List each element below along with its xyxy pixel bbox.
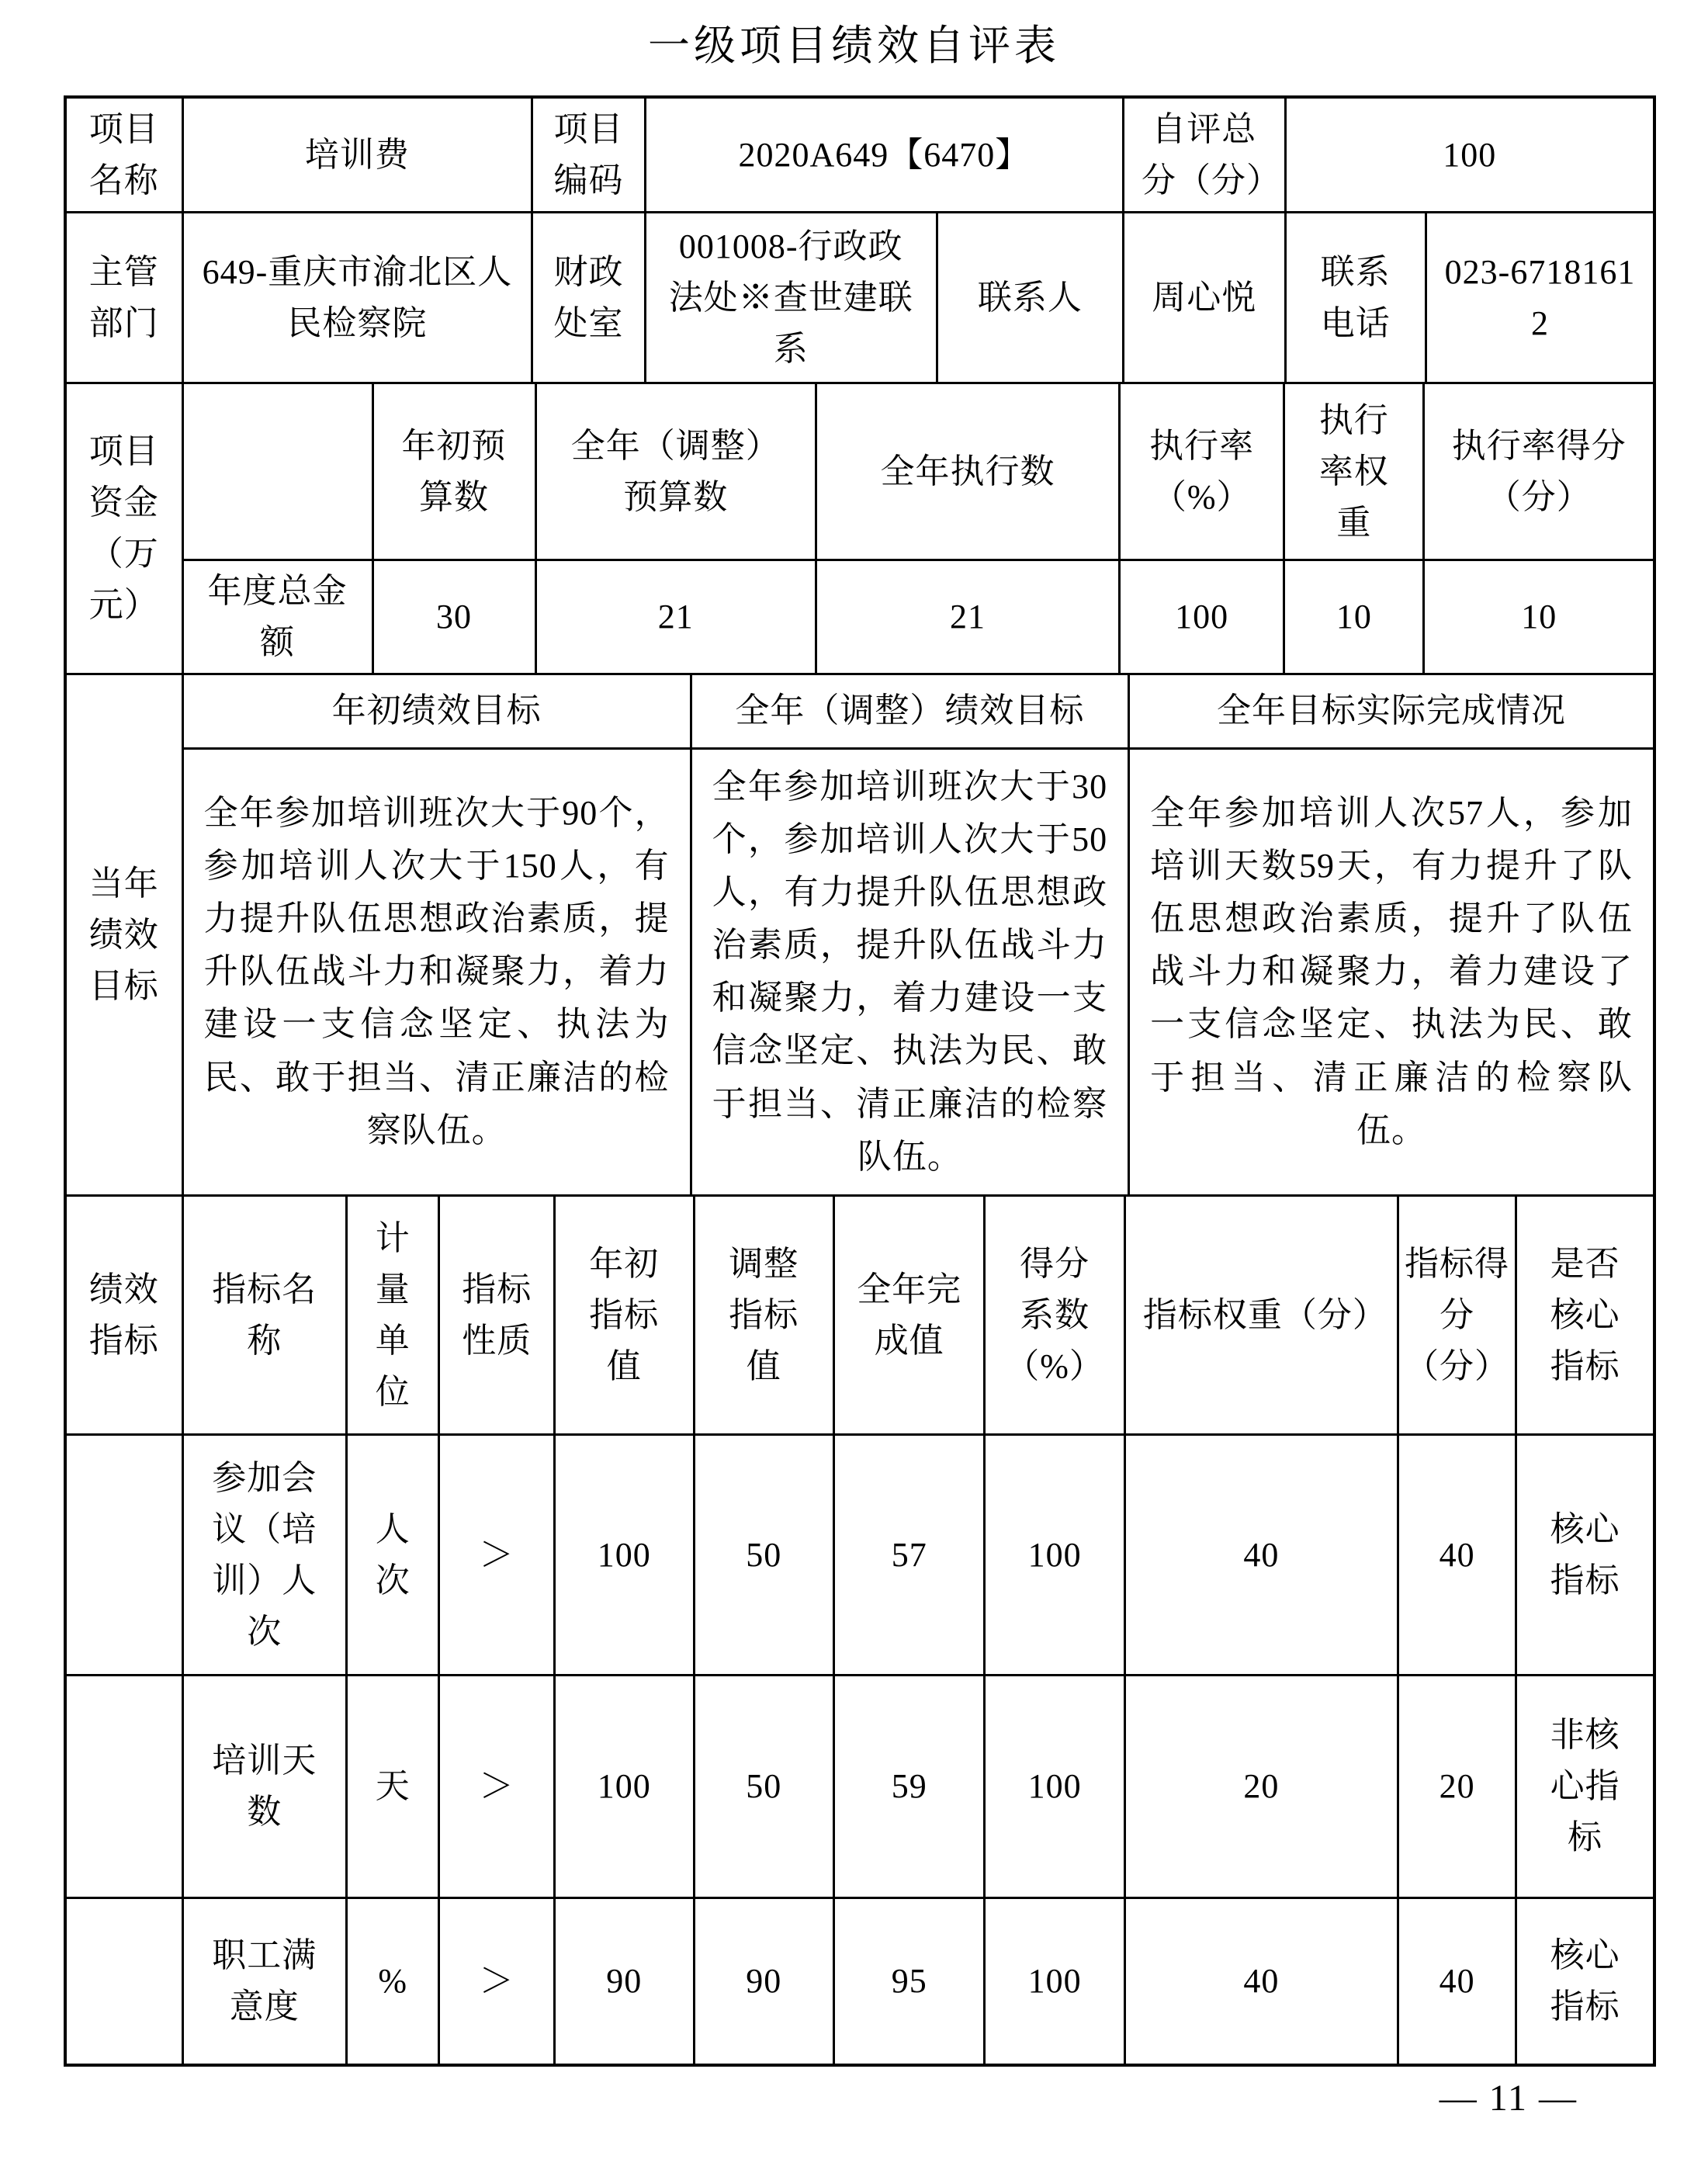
goal-initial-header: 年初绩效目标 xyxy=(184,675,690,747)
indicator-initial: 90 xyxy=(553,1899,692,2064)
indicator-score: 40 xyxy=(1397,1436,1515,1674)
execution-weight-value: 10 xyxy=(1283,561,1422,673)
indicator-initial: 100 xyxy=(553,1676,692,1897)
indicator-unit: % xyxy=(345,1899,438,2064)
indicator-completed: 59 xyxy=(833,1676,983,1897)
goals-label: 当年绩效目标 xyxy=(67,675,182,1194)
execution-rate-value: 100 xyxy=(1118,561,1283,673)
contact-value: 周心悦 xyxy=(1122,213,1284,382)
phone-label: 联系电话 xyxy=(1284,213,1426,382)
funds-value-row: 年度总金额 30 21 21 100 10 10 xyxy=(184,559,1653,673)
indicator-initial: 100 xyxy=(553,1436,692,1674)
annual-total-label: 年度总金额 xyxy=(184,561,372,673)
goals-header-row: 年初绩效目标 全年（调整）绩效目标 全年目标实际完成情况 xyxy=(184,675,1653,747)
execution-rate-header: 执行率（%） xyxy=(1118,384,1283,559)
execution-score-header: 执行率得分（分） xyxy=(1422,384,1653,559)
finance-office-label: 财政处室 xyxy=(531,213,644,382)
project-code-value: 2020A649【6470】 xyxy=(644,99,1122,211)
indicator-core: 核心指标 xyxy=(1515,1899,1653,2064)
indicator-nature: ＞ xyxy=(438,1676,553,1897)
contact-label: 联系人 xyxy=(936,213,1122,382)
indicator-completed: 95 xyxy=(833,1899,983,2064)
indicator-weight: 20 xyxy=(1124,1676,1397,1897)
project-name-value: 培训费 xyxy=(182,99,532,211)
page-title: 一级项目绩效自评表 xyxy=(0,12,1708,72)
funds-grid: 年初预算数 全年（调整）预算数 全年执行数 执行率（%） 执行率权重 执行率得分… xyxy=(182,384,1653,673)
indicator-score-header: 指标得分（分） xyxy=(1397,1197,1515,1433)
indicator-name: 参加会议（培训）人次 xyxy=(182,1436,345,1674)
phone-value: 023-67181612 xyxy=(1425,213,1653,382)
indicator-row-blank xyxy=(67,1899,182,2064)
nature-header: 指标性质 xyxy=(438,1197,553,1433)
indicator-row: 职工满意度 % ＞ 90 90 95 100 40 40 核心指标 xyxy=(67,1897,1653,2064)
indicator-adjusted: 50 xyxy=(693,1676,833,1897)
indicator-completed: 57 xyxy=(833,1436,983,1674)
indicator-name: 培训天数 xyxy=(182,1676,345,1897)
indicator-nature: ＞ xyxy=(438,1436,553,1674)
indicator-row: 培训天数 天 ＞ 100 50 59 100 20 20 非核心指标 xyxy=(67,1674,1653,1897)
department-row: 主管部门 649-重庆市渝北区人民检察院 财政处室 001008-行政政法处※查… xyxy=(67,211,1653,382)
executed-amount-value: 21 xyxy=(815,561,1118,673)
indicator-weight: 40 xyxy=(1124,1899,1397,2064)
indicator-unit: 人次 xyxy=(345,1436,438,1674)
indicator-row: 参加会议（培训）人次 人次 ＞ 100 50 57 100 40 40 核心指标 xyxy=(67,1433,1653,1674)
indicator-coefficient: 100 xyxy=(983,1436,1123,1674)
indicator-weight: 40 xyxy=(1124,1436,1397,1674)
adjusted-value-header: 调整指标值 xyxy=(693,1197,833,1433)
indicator-name: 职工满意度 xyxy=(182,1899,345,2064)
budget-adjusted-value: 21 xyxy=(535,561,815,673)
indicator-weight-header: 指标权重（分） xyxy=(1124,1197,1397,1433)
funds-label: 项目资金（万元） xyxy=(67,384,182,673)
project-name-label: 项目名称 xyxy=(67,99,182,211)
goals-body-row: 全年参加培训班次大于90个，参加培训人次大于150人，有力提升队伍思想政治素质，… xyxy=(184,747,1653,1195)
score-coefficient-header: 得分系数（%） xyxy=(983,1197,1123,1433)
indicator-score: 40 xyxy=(1397,1899,1515,2064)
dept-value: 649-重庆市渝北区人民检察院 xyxy=(182,213,532,382)
execution-weight-header: 执行率权重 xyxy=(1283,384,1422,559)
goals-section: 当年绩效目标 年初绩效目标 全年（调整）绩效目标 全年目标实际完成情况 全年参加… xyxy=(67,673,1653,1194)
budget-initial-header: 年初预算数 xyxy=(372,384,535,559)
indicator-row-blank xyxy=(67,1436,182,1674)
self-score-value: 100 xyxy=(1284,99,1653,211)
indicator-nature: ＞ xyxy=(438,1899,553,2064)
indicator-score: 20 xyxy=(1397,1676,1515,1897)
executed-amount-header: 全年执行数 xyxy=(815,384,1118,559)
project-code-label: 项目编码 xyxy=(531,99,644,211)
goal-initial-text: 全年参加培训班次大于90个，参加培训人次大于150人，有力提升队伍思想政治素质，… xyxy=(184,750,690,1195)
indicator-coefficient: 100 xyxy=(983,1676,1123,1897)
self-score-label: 自评总分（分） xyxy=(1122,99,1284,211)
goal-actual-paragraph: 全年参加培训人次57人，参加培训天数59天，有力提升了队伍思想政治素质，提升了队… xyxy=(1147,781,1636,1163)
page-number: — 11 — xyxy=(1440,2077,1578,2119)
indicator-adjusted: 90 xyxy=(693,1899,833,2064)
goals-grid: 年初绩效目标 全年（调整）绩效目标 全年目标实际完成情况 全年参加培训班次大于9… xyxy=(182,675,1653,1194)
goal-adjusted-paragraph: 全年参加培训班次大于30个，参加培训人次大于50人，有力提升队伍思想政治素质，提… xyxy=(709,754,1110,1190)
budget-adjusted-header: 全年（调整）预算数 xyxy=(535,384,815,559)
indicator-unit: 天 xyxy=(345,1676,438,1897)
completed-value-header: 全年完成值 xyxy=(833,1197,983,1433)
goal-adjusted-header: 全年（调整）绩效目标 xyxy=(690,675,1128,747)
funds-blank-cell xyxy=(184,384,372,559)
indicator-adjusted: 50 xyxy=(693,1436,833,1674)
execution-score-value: 10 xyxy=(1422,561,1653,673)
document-page: 一级项目绩效自评表 项目名称 培训费 项目编码 2020A649【6470】 自… xyxy=(0,0,1708,2166)
goal-initial-paragraph: 全年参加培训班次大于90个，参加培训人次大于150人，有力提升队伍思想政治素质，… xyxy=(201,781,673,1163)
budget-initial-value: 30 xyxy=(372,561,535,673)
core-indicator-header: 是否核心指标 xyxy=(1515,1197,1653,1433)
goal-actual-header: 全年目标实际完成情况 xyxy=(1128,675,1653,747)
project-header-row: 项目名称 培训费 项目编码 2020A649【6470】 自评总分（分） 100 xyxy=(67,99,1653,211)
self-evaluation-table: 项目名称 培训费 项目编码 2020A649【6470】 自评总分（分） 100… xyxy=(64,95,1656,2067)
funds-section: 项目资金（万元） 年初预算数 全年（调整）预算数 全年执行数 执行率（%） 执行… xyxy=(67,382,1653,673)
dept-label: 主管部门 xyxy=(67,213,182,382)
initial-value-header: 年初指标值 xyxy=(553,1197,692,1433)
indicator-core: 核心指标 xyxy=(1515,1436,1653,1674)
indicator-coefficient: 100 xyxy=(983,1899,1123,2064)
indicators-header-row: 绩效指标 指标名称 计量单位 指标性质 年初指标值 调整指标值 全年完成值 得分… xyxy=(67,1194,1653,1433)
goal-adjusted-text: 全年参加培训班次大于30个，参加培训人次大于50人，有力提升队伍思想政治素质，提… xyxy=(690,750,1128,1195)
indicators-label: 绩效指标 xyxy=(67,1197,182,1433)
indicator-name-header: 指标名称 xyxy=(182,1197,345,1433)
indicator-row-blank xyxy=(67,1676,182,1897)
indicator-core: 非核心指标 xyxy=(1515,1676,1653,1897)
unit-header: 计量单位 xyxy=(345,1197,438,1433)
goal-actual-text: 全年参加培训人次57人，参加培训天数59天，有力提升了队伍思想政治素质，提升了队… xyxy=(1128,750,1653,1195)
funds-header-row: 年初预算数 全年（调整）预算数 全年执行数 执行率（%） 执行率权重 执行率得分… xyxy=(184,384,1653,559)
finance-office-value: 001008-行政政法处※查世建联系 xyxy=(644,213,936,382)
